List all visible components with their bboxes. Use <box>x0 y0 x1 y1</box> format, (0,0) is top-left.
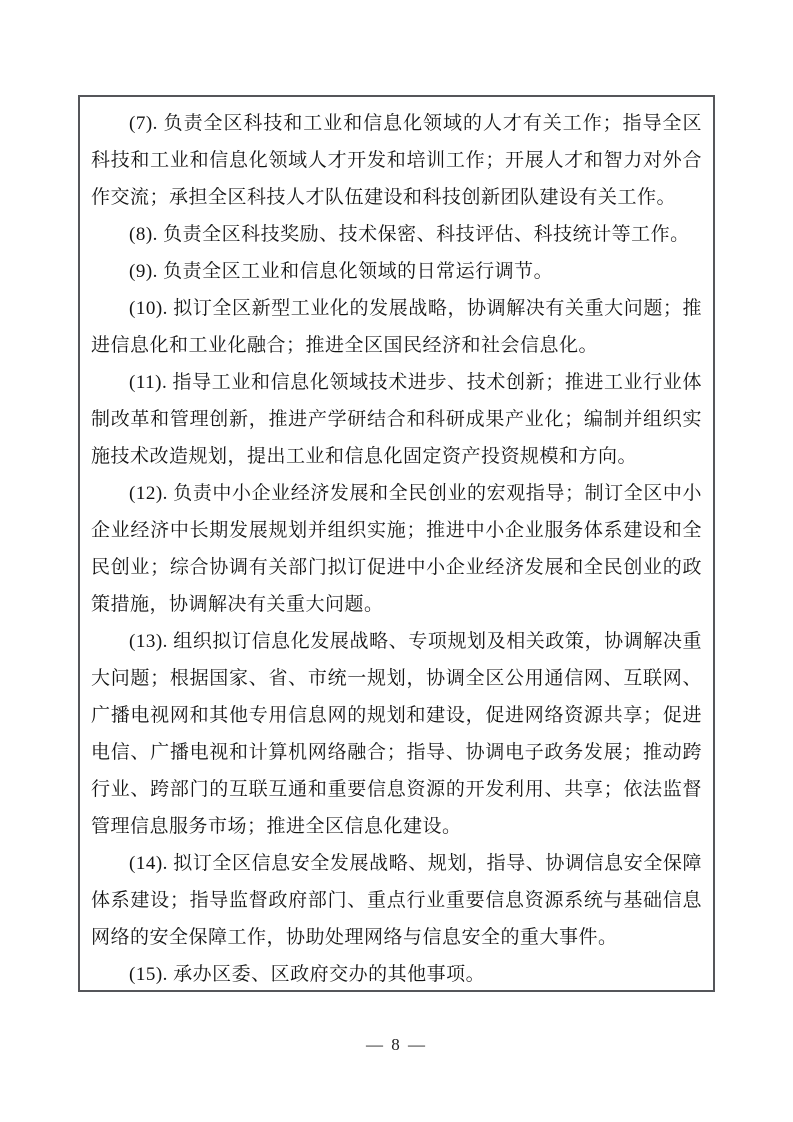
duty-paragraph-7: (7). 负责全区科技和工业和信息化领域的人才有关工作；指导全区科技和工业和信息… <box>91 105 702 216</box>
duty-paragraph-10: (10). 拟订全区新型工业化的发展战略，协调解决有关重大问题；推进信息化和工业… <box>91 290 702 364</box>
page-number: — 8 — <box>0 1035 793 1055</box>
document-page: (7). 负责全区科技和工业和信息化领域的人才有关工作；指导全区科技和工业和信息… <box>0 0 793 1122</box>
duty-paragraph-9: (9). 负责全区工业和信息化领域的日常运行调节。 <box>91 253 702 290</box>
duty-paragraph-12: (12). 负责中小企业经济发展和全民创业的宏观指导；制订全区中小企业经济中长期… <box>91 475 702 623</box>
duties-text-box: (7). 负责全区科技和工业和信息化领域的人才有关工作；指导全区科技和工业和信息… <box>78 95 715 992</box>
duty-paragraph-14: (14). 拟订全区信息安全发展战略、规划，指导、协调信息安全保障体系建设；指导… <box>91 845 702 956</box>
duty-paragraph-11: (11). 指导工业和信息化领域技术进步、技术创新；推进工业行业体制改革和管理创… <box>91 364 702 475</box>
duty-paragraph-8: (8). 负责全区科技奖励、技术保密、科技评估、科技统计等工作。 <box>91 216 702 253</box>
duty-paragraph-15: (15). 承办区委、区政府交办的其他事项。 <box>91 956 702 992</box>
duty-paragraph-13: (13). 组织拟订信息化发展战略、专项规划及相关政策，协调解决重大问题；根据国… <box>91 623 702 845</box>
